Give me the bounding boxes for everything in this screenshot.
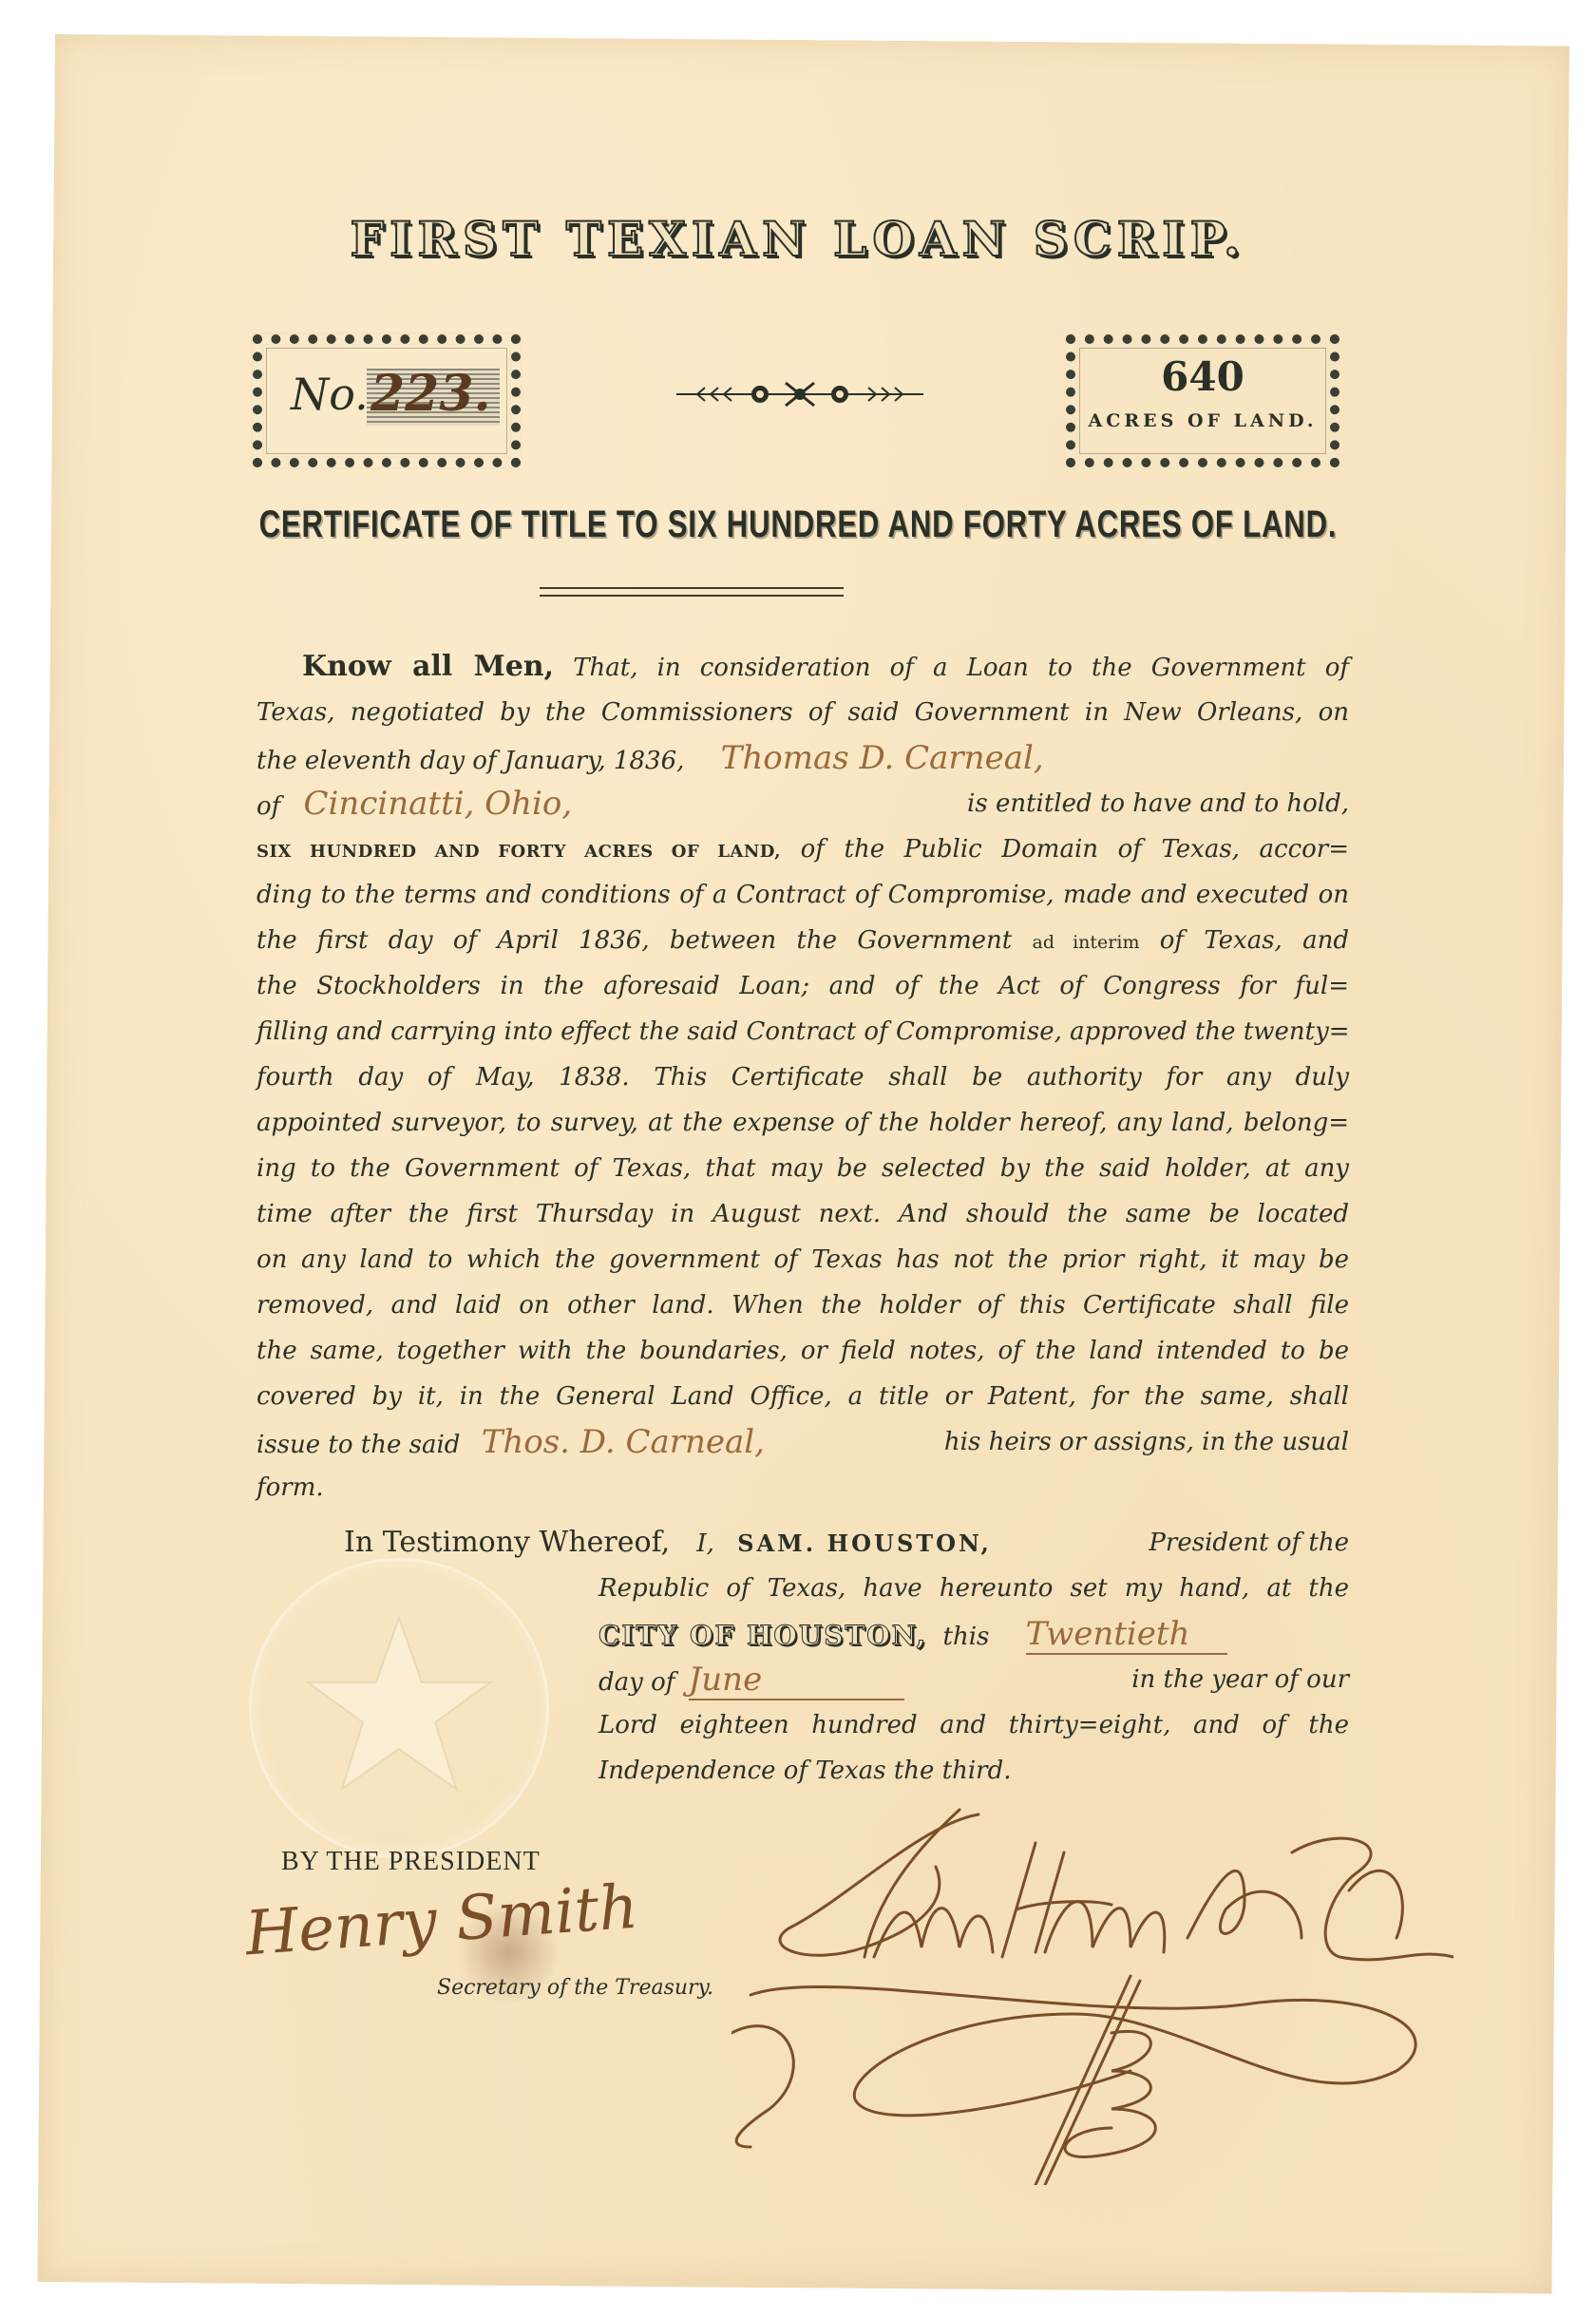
body-line-14: on any land to which the government of T… (256, 1237, 1349, 1282)
testimony-text: this (943, 1623, 990, 1651)
ad-interim: ad interim (1033, 932, 1140, 953)
body-line-1: Know all Men, That, in consideration of … (256, 644, 1349, 690)
city-of-houston: CITY OF HOUSTON, (598, 1620, 927, 1651)
divider-rule (540, 587, 844, 597)
body-line-10: fourth day of May, 1838. This Certificat… (256, 1054, 1349, 1100)
testimony-text: President of the (1149, 1520, 1349, 1566)
body-text: is entitled to have and to hold, (967, 781, 1349, 826)
body-line-3: the eleventh day of January, 1836, Thoma… (256, 735, 1349, 781)
body-line-19: form. (256, 1465, 1349, 1510)
number-field: 223. (367, 369, 500, 426)
by-the-president-label: BY THE PRESIDENT (281, 1847, 541, 1877)
document-title: FIRST TEXIAN LOAN SCRIP. (0, 211, 1596, 267)
certificate-number-box: No. 223. (253, 334, 521, 467)
testimony-i: I, (696, 1529, 714, 1558)
body-line-16: the same, together with the boundaries, … (256, 1328, 1349, 1374)
body-line-9: filling and carrying into effect the sai… (256, 1009, 1349, 1054)
signature-flourish-icon (731, 1786, 1453, 2185)
center-ornament-icon (676, 380, 923, 408)
body-text: issue to the said (256, 1431, 460, 1459)
body-line-13: time after the first Thursday in August … (256, 1191, 1349, 1237)
body-line-17: covered by it, in the General Land Offic… (256, 1374, 1349, 1419)
testimony-text: in the year of our (1131, 1657, 1349, 1702)
body-text: of Texas, and (1160, 926, 1349, 955)
testimony-line-4: day of June in the year of our (598, 1657, 1349, 1702)
certificate-heading: CERTIFICATE OF TITLE TO SIX HUNDRED AND … (176, 503, 1420, 546)
secretary-title: Secretary of the Treasury. (437, 1976, 713, 2000)
body-line-8: the Stockholders in the aforesaid Loan; … (256, 963, 1349, 1009)
star-icon (304, 1608, 494, 1798)
president-signature (731, 1786, 1453, 2185)
body-line-18: issue to the said Thos. D. Carneal, his … (256, 1419, 1349, 1465)
body-line-12: ing to the Government of Texas, that may… (256, 1146, 1349, 1191)
testimony-line-3: CITY OF HOUSTON, this Twentieth (598, 1611, 1349, 1657)
body-line-5: SIX HUNDRED AND FORTY ACRES OF LAND, of … (256, 826, 1349, 872)
testimony-text: day of (598, 1668, 674, 1697)
body-line-4: of Cincinatti, Ohio, is entitled to have… (256, 781, 1349, 826)
acres-number: 640 (1075, 353, 1330, 400)
body-text: the eleventh day of January, 1836, (256, 747, 684, 775)
acres-caps: SIX HUNDRED AND FORTY ACRES OF LAND, (256, 842, 781, 862)
embossed-seal (249, 1558, 549, 1858)
body-text: That, in consideration of a Loan to the … (573, 654, 1349, 682)
holder-name-short-handwritten: Thos. D. Carneal, (482, 1423, 765, 1461)
acres-box: 640 ACRES OF LAND. (1066, 334, 1339, 467)
know-all-men-lead: Know all Men, (302, 650, 554, 683)
month-handwritten: June (689, 1661, 905, 1700)
body-line-2: Texas, negotiated by the Commissioners o… (256, 690, 1349, 735)
holder-name-handwritten: Thomas D. Carneal, (721, 739, 1044, 777)
body-line-7: the first day of April 1836, between the… (256, 918, 1349, 963)
body-line-15: removed, and laid on other land. When th… (256, 1282, 1349, 1328)
day-handwritten: Twentieth (1026, 1615, 1228, 1655)
body-line-11: appointed surveyor, to survey, at the ex… (256, 1100, 1349, 1146)
testimony-lead: In Testimony Whereof, (344, 1526, 670, 1559)
testimony-line-5: Lord eighteen hundred and thirty=eight, … (598, 1702, 1349, 1748)
body-text: of (256, 792, 280, 821)
body-text: the first day of April 1836, between the… (256, 926, 1012, 955)
testimony-line-2: Republic of Texas, have hereunto set my … (598, 1566, 1349, 1611)
president-name: SAM. HOUSTON, (737, 1529, 992, 1557)
acres-label: ACRES OF LAND. (1075, 410, 1330, 431)
body-line-6: ding to the terms and conditions of a Co… (256, 872, 1349, 918)
testimony-line-1: In Testimony Whereof, I, SAM. HOUSTON, P… (344, 1520, 1349, 1566)
body-text: of the Public Domain of Texas, accor= (801, 835, 1349, 864)
body-text: his heirs or assigns, in the usual (944, 1419, 1349, 1465)
number-label: No. (291, 369, 369, 420)
holder-residence-handwritten: Cincinatti, Ohio, (304, 785, 573, 823)
number-value: 223. (370, 365, 491, 423)
